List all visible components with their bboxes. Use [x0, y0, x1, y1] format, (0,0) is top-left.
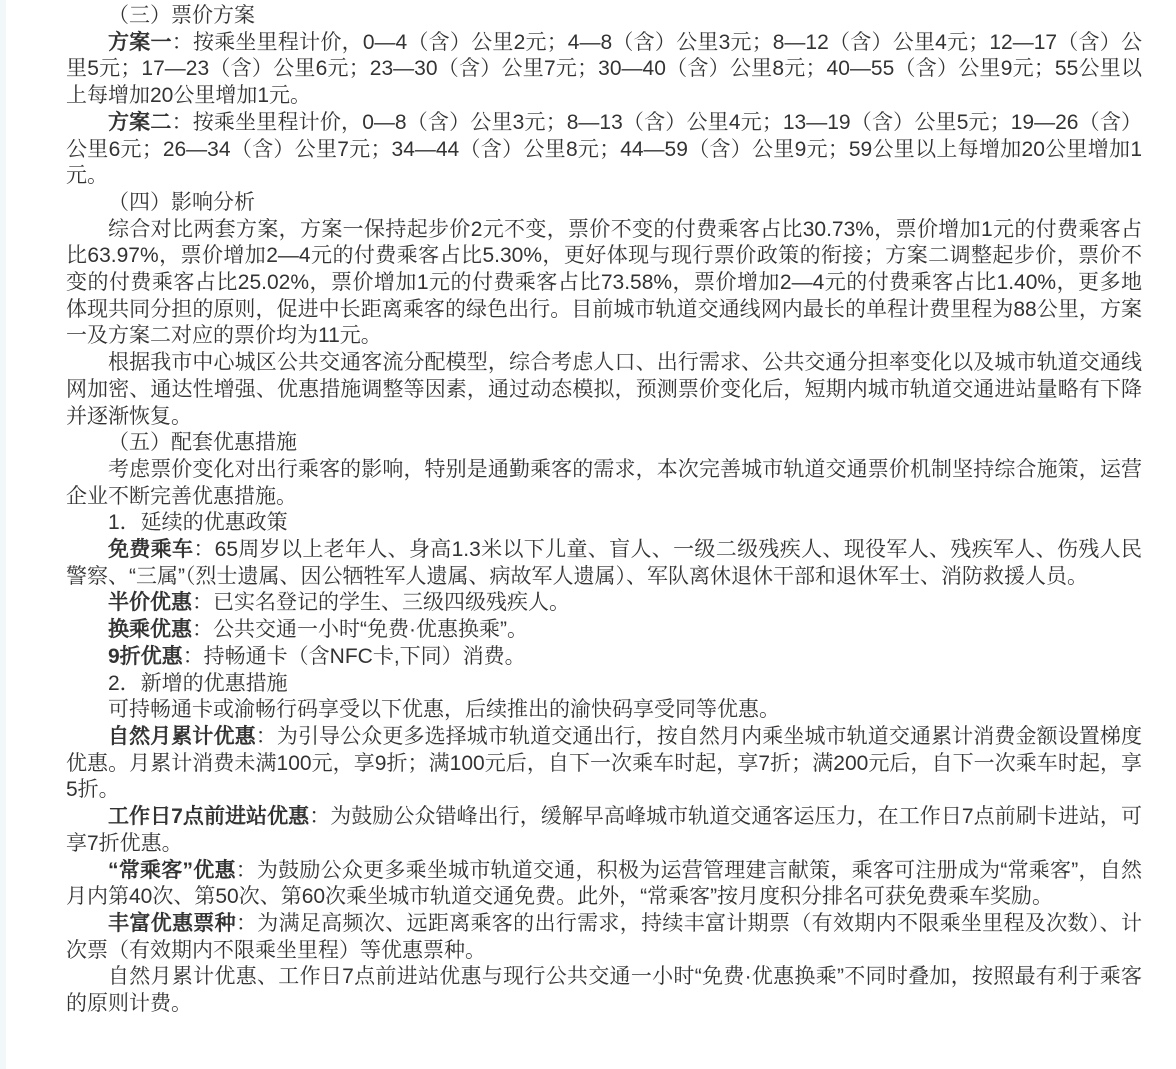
- paragraph-label: 丰富优惠票种: [108, 912, 236, 935]
- paragraph: 自然月累计优惠、工作日7点前进站优惠与现行公共交通一小时“免费·优惠换乘”不同时…: [66, 964, 1142, 1017]
- paragraph-label: 半价优惠: [108, 591, 192, 614]
- paragraph: （四）影响分析: [66, 190, 1142, 217]
- paragraph-label: 工作日7点前进站优惠: [108, 805, 309, 828]
- labeled-paragraph: 方案二：按乘坐里程计价，0—8（含）公里3元；8—13（含）公里4元；13—19…: [66, 110, 1142, 190]
- labeled-paragraph: “常乘客”优惠：为鼓励公众更多乘坐城市轨道交通，积极为运营管理建言献策，乘客可注…: [66, 858, 1142, 911]
- labeled-paragraph: 丰富优惠票种：为满足高频次、远距离乘客的出行需求，持续丰富计期票（有效期内不限乘…: [66, 911, 1142, 964]
- labeled-paragraph: 9折优惠：持畅通卡（含NFC卡,下同）消费。: [66, 644, 1142, 671]
- paragraph-text: ：公共交通一小时“免费·优惠换乘”。: [192, 618, 528, 641]
- paragraph-text: 综合对比两套方案，方案一保持起步价2元不变，票价不变的付费乘客占比30.73%，…: [66, 218, 1142, 348]
- paragraph-text: （三）票价方案: [108, 4, 255, 27]
- paragraph-text: （五）配套优惠措施: [108, 431, 297, 454]
- paragraph-label: “常乘客”优惠: [108, 859, 236, 882]
- paragraph-label: 方案一: [108, 31, 172, 54]
- labeled-paragraph: 工作日7点前进站优惠：为鼓励公众错峰出行，缓解早高峰城市轨道交通客运压力，在工作…: [66, 804, 1142, 857]
- paragraph-label: 方案二: [108, 111, 172, 134]
- paragraph: 综合对比两套方案，方案一保持起步价2元不变，票价不变的付费乘客占比30.73%，…: [66, 217, 1142, 351]
- paragraph-text: 根据我市中心城区公共交通客流分配模型，综合考虑人口、出行需求、公共交通分担率变化…: [66, 351, 1142, 427]
- paragraph-text: ：按乘坐里程计价，0—8（含）公里3元；8—13（含）公里4元；13—19（含）…: [66, 111, 1142, 187]
- labeled-paragraph: 方案一：按乘坐里程计价，0—4（含）公里2元；4—8（含）公里3元；8—12（含…: [66, 30, 1142, 110]
- paragraph: 1．延续的优惠政策: [66, 510, 1142, 537]
- paragraph-label: 自然月累计优惠: [108, 725, 256, 748]
- paragraph-text: ：已实名登记的学生、三级四级残疾人。: [192, 591, 570, 614]
- paragraph-text: 1．延续的优惠政策: [108, 511, 288, 534]
- paragraph-text: （四）影响分析: [108, 191, 255, 214]
- paragraph-label: 免费乘车: [108, 538, 193, 561]
- paragraph: 可持畅通卡或渝畅行码享受以下优惠，后续推出的渝快码享受同等优惠。: [66, 697, 1142, 724]
- paragraph-text: 自然月累计优惠、工作日7点前进站优惠与现行公共交通一小时“免费·优惠换乘”不同时…: [66, 965, 1142, 1015]
- paragraph-text: ：按乘坐里程计价，0—4（含）公里2元；4—8（含）公里3元；8—12（含）公里…: [66, 31, 1142, 107]
- paragraph: 2．新增的优惠措施: [66, 671, 1142, 698]
- paragraph: （五）配套优惠措施: [66, 430, 1142, 457]
- paragraph-text: ：65周岁以上老年人、身高1.3米以下儿童、盲人、一级二级残疾人、现役军人、残疾…: [66, 538, 1142, 588]
- labeled-paragraph: 半价优惠：已实名登记的学生、三级四级残疾人。: [66, 590, 1142, 617]
- paragraph-text: 2．新增的优惠措施: [108, 672, 288, 695]
- paragraph-text: 考虑票价变化对出行乘客的影响，特别是通勤乘客的需求，本次完善城市轨道交通票价机制…: [66, 458, 1142, 508]
- paragraph-text: ：持畅通卡（含NFC卡,下同）消费。: [183, 645, 526, 668]
- paragraph: 考虑票价变化对出行乘客的影响，特别是通勤乘客的需求，本次完善城市轨道交通票价机制…: [66, 457, 1142, 510]
- paragraph-label: 换乘优惠: [108, 618, 192, 641]
- document-body: （三）票价方案方案一：按乘坐里程计价，0—4（含）公里2元；4—8（含）公里3元…: [0, 0, 1176, 1018]
- paragraph: （三）票价方案: [66, 3, 1142, 30]
- paragraph: 根据我市中心城区公共交通客流分配模型，综合考虑人口、出行需求、公共交通分担率变化…: [66, 350, 1142, 430]
- labeled-paragraph: 自然月累计优惠：为引导公众更多选择城市轨道交通出行，按自然月内乘坐城市轨道交通累…: [66, 724, 1142, 804]
- labeled-paragraph: 换乘优惠：公共交通一小时“免费·优惠换乘”。: [66, 617, 1142, 644]
- paragraph-label: 9折优惠: [108, 645, 183, 668]
- labeled-paragraph: 免费乘车：65周岁以上老年人、身高1.3米以下儿童、盲人、一级二级残疾人、现役军…: [66, 537, 1142, 590]
- paragraph-text: 可持畅通卡或渝畅行码享受以下优惠，后续推出的渝快码享受同等优惠。: [108, 698, 780, 721]
